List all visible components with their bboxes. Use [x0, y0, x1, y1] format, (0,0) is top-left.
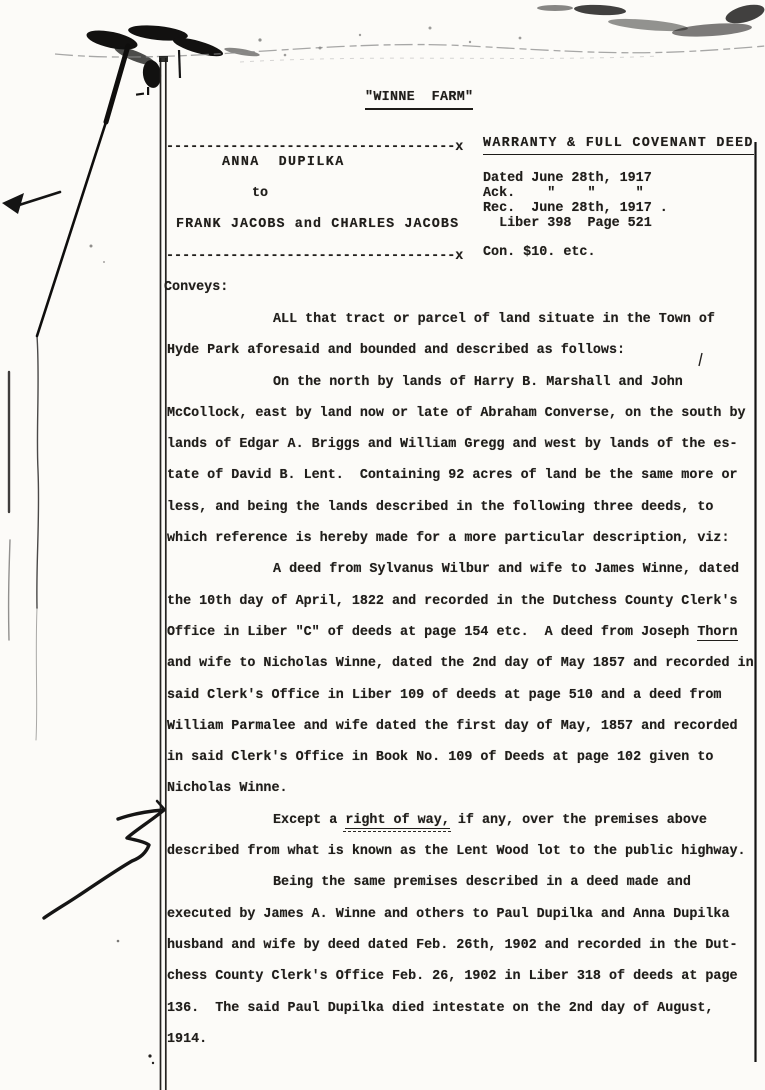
party-rule-top: ------------------------------------x: [166, 140, 463, 156]
body-line: lands of Edgar A. Briggs and William Gre…: [167, 429, 760, 460]
line-text: A deed from Sylvanus Wilbur and wife to …: [273, 562, 739, 577]
line-text: Hyde Park aforesaid and bounded and desc…: [167, 343, 625, 358]
line-text: 1914.: [167, 1032, 207, 1047]
line-text: if any, over the premises above: [450, 813, 707, 828]
line-text: Office in Liber "C" of deeds at page 154…: [167, 625, 697, 640]
body-line: ALL that tract or parcel of land situate…: [167, 304, 760, 335]
body-line: which reference is hereby made for a mor…: [167, 523, 760, 554]
body-line: Nicholas Winne.: [167, 773, 760, 804]
body-line: On the north by lands of Harry B. Marsha…: [167, 367, 760, 398]
line-text: ALL that tract or parcel of land situate…: [273, 312, 715, 327]
line-text: lands of Edgar A. Briggs and William Gre…: [167, 437, 738, 452]
deed-body: ALL that tract or parcel of land situate…: [167, 304, 760, 1055]
line-text: and wife to Nicholas Winne, dated the 2n…: [167, 656, 754, 671]
line-text: William Parmalee and wife dated the firs…: [167, 719, 738, 734]
body-line: in said Clerk's Office in Book No. 109 o…: [167, 742, 760, 773]
deed-type-heading: WARRANTY & FULL COVENANT DEED: [483, 136, 754, 155]
body-line: Hyde Park aforesaid and bounded and desc…: [167, 335, 760, 366]
body-line: 1914.: [167, 1024, 760, 1055]
line-text: in said Clerk's Office in Book No. 109 o…: [167, 750, 713, 765]
party-rule-bottom: ------------------------------------x: [166, 249, 463, 265]
line-text: McCollock, east by land now or late of A…: [167, 406, 746, 421]
line-text: the 10th day of April, 1822 and recorded…: [167, 594, 738, 609]
deed-consideration-line: Con. $10. etc.: [483, 245, 596, 261]
line-text: Nicholas Winne.: [167, 781, 288, 796]
line-text: said Clerk's Office in Liber 109 of deed…: [167, 688, 721, 703]
body-line: described from what is known as the Lent…: [167, 836, 760, 867]
body-line: chess County Clerk's Office Feb. 26, 190…: [167, 961, 760, 992]
top-edge-noise: [55, 1, 765, 96]
body-line: 136. The said Paul Dupilka died intestat…: [167, 993, 760, 1024]
line-text: chess County Clerk's Office Feb. 26, 190…: [167, 969, 738, 984]
body-line: said Clerk's Office in Liber 109 of deed…: [167, 680, 760, 711]
body-line: Except a right of way, if any, over the …: [167, 805, 760, 836]
line-text: which reference is hereby made for a mor…: [167, 531, 730, 546]
body-line: McCollock, east by land now or late of A…: [167, 398, 760, 429]
grantor-name: ANNA DUPILKA: [222, 155, 345, 171]
line-text: On the north by lands of Harry B. Marsha…: [273, 375, 683, 390]
body-line: William Parmalee and wife dated the firs…: [167, 711, 760, 742]
page-title: "WINNE FARM": [365, 90, 473, 110]
deed-ack-line: Ack. " " ": [483, 186, 644, 202]
conveys-label: Conveys:: [164, 280, 228, 296]
deed-liber-page-line: Liber 398 Page 521: [483, 216, 652, 232]
body-line: Being the same premises described in a d…: [167, 867, 760, 898]
body-line: and wife to Nicholas Winne, dated the 2n…: [167, 648, 760, 679]
line-text: 136. The said Paul Dupilka died intestat…: [167, 1001, 713, 1016]
deed-dated-line: Dated June 28th, 1917: [483, 171, 652, 187]
body-line: A deed from Sylvanus Wilbur and wife to …: [167, 554, 760, 585]
body-line: less, and being the lands described in t…: [167, 492, 760, 523]
body-line: Office in Liber "C" of deeds at page 154…: [167, 617, 760, 648]
line-text: Being the same premises described in a d…: [273, 875, 691, 890]
line-text: Except a: [273, 813, 345, 828]
line-text: tate of David B. Lent. Containing 92 acr…: [167, 468, 738, 483]
underlined-phrase: right of way,: [345, 813, 449, 829]
body-line: tate of David B. Lent. Containing 92 acr…: [167, 460, 760, 491]
deed-rec-line: Rec. June 28th, 1917 .: [483, 201, 668, 217]
grantee-names: FRANK JACOBS and CHARLES JACOBS: [176, 217, 459, 233]
underlined-phrase: Thorn: [697, 625, 737, 641]
body-line: the 10th day of April, 1822 and recorded…: [167, 586, 760, 617]
line-text: described from what is known as the Lent…: [167, 844, 746, 859]
body-line: husband and wife by deed dated Feb. 26th…: [167, 930, 760, 961]
line-text: executed by James A. Winne and others to…: [167, 907, 730, 922]
deed-page: "WINNE FARM" ---------------------------…: [0, 0, 765, 1090]
diagonal-crease: [9, 46, 128, 740]
body-line: executed by James A. Winne and others to…: [167, 899, 760, 930]
pen-arrow-mark: [2, 192, 60, 214]
line-text: husband and wife by deed dated Feb. 26th…: [167, 938, 738, 953]
handwritten-3-mark: [44, 801, 165, 918]
party-connector: to: [252, 186, 268, 202]
line-text: less, and being the lands described in t…: [167, 500, 713, 515]
